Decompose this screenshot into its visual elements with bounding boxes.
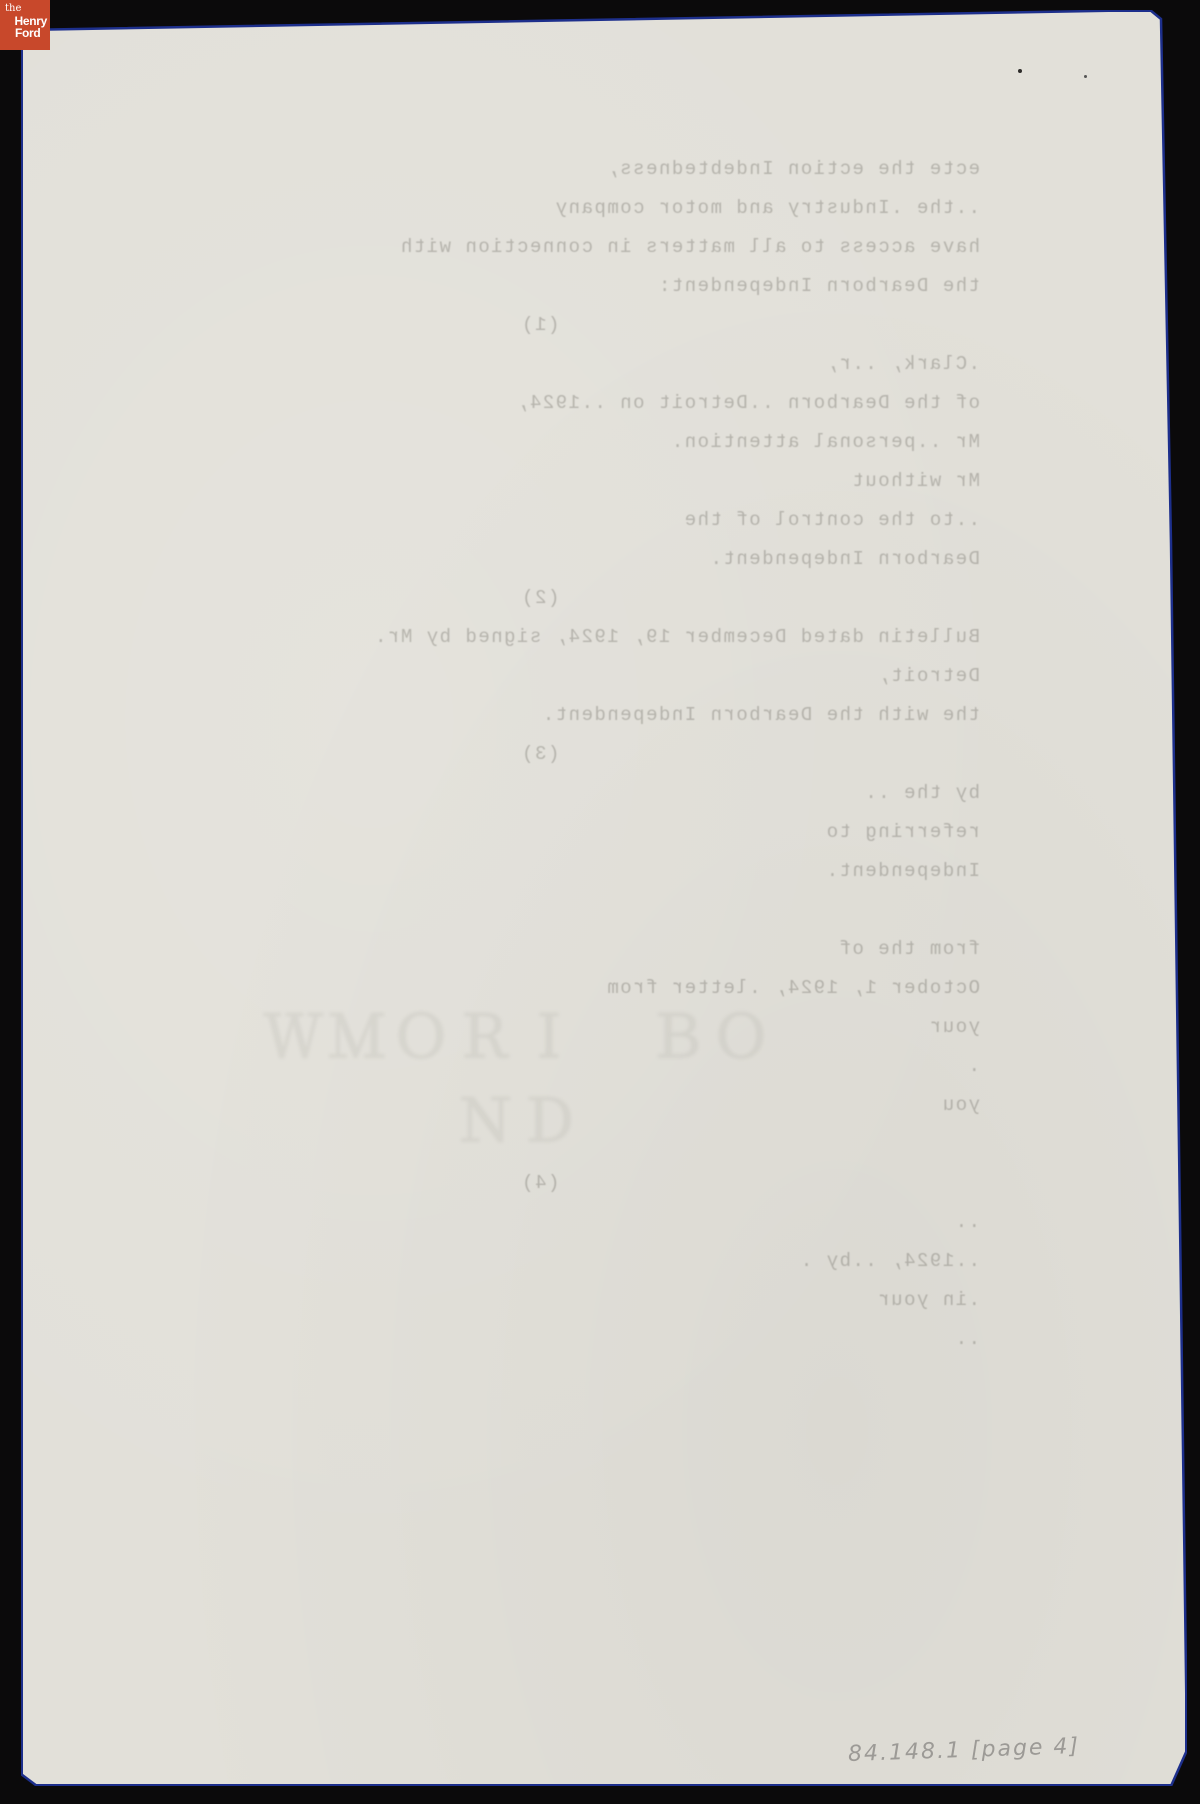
show-through-line: Detroit, <box>100 657 980 696</box>
show-through-line: . <box>100 1047 980 1086</box>
show-through-line: .in your <box>100 1281 980 1320</box>
ink-dot <box>1018 69 1022 73</box>
show-through-line: (4) <box>100 1164 980 1203</box>
show-through-line: of the Dearborn ..Detroit on ..1924, <box>100 384 980 423</box>
show-through-line: you <box>100 1086 980 1125</box>
show-through-line: .. <box>100 1203 980 1242</box>
show-through-line: the with the Dearborn Independent. <box>100 696 980 735</box>
show-through-line: .Clark, ..r, <box>100 345 980 384</box>
show-through-line: October 1, 1924, .letter from <box>100 969 980 1008</box>
show-through-line: Dearborn Independent. <box>100 540 980 579</box>
henry-ford-logo: the Henry Ford <box>0 0 50 50</box>
ink-dot <box>1084 75 1087 78</box>
show-through-line: the Dearborn Independent: <box>100 267 980 306</box>
show-through-line: ..1924, ..by . <box>100 1242 980 1281</box>
show-through-line: ..the .Industry and motor company <box>100 189 980 228</box>
show-through-line: by the .. <box>100 774 980 813</box>
show-through-line: (1) <box>100 306 980 345</box>
show-through-line <box>100 1125 980 1164</box>
show-through-line: your <box>100 1008 980 1047</box>
show-through-line: (2) <box>100 579 980 618</box>
show-through-line: Independent. <box>100 852 980 891</box>
show-through-line: Mr ..personal attention. <box>100 423 980 462</box>
show-through-line <box>100 891 980 930</box>
show-through-line: have access to all matters in connection… <box>100 228 980 267</box>
show-through-line: (3) <box>100 735 980 774</box>
logo-word-ford: Ford <box>5 27 47 39</box>
show-through-line: ..to the control of the <box>100 501 980 540</box>
show-through-line: ecte the ection Indebtedness, <box>100 150 980 189</box>
show-through-text: ecte the ection Indebtedness, ..the .Ind… <box>100 150 980 1359</box>
show-through-line: Bulletin dated December 19, 1924, signed… <box>100 618 980 657</box>
show-through-line: .. <box>100 1320 980 1359</box>
show-through-line: Mr without <box>100 462 980 501</box>
show-through-line: from the of <box>100 930 980 969</box>
show-through-line: referring to <box>100 813 980 852</box>
